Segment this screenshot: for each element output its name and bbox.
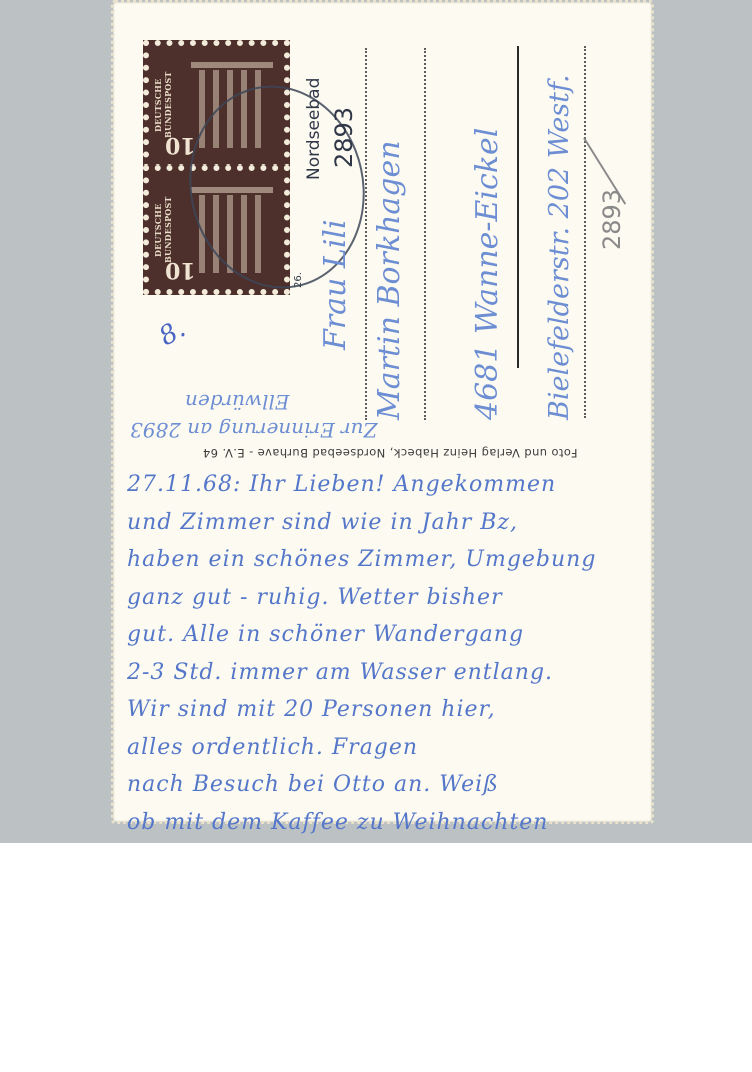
message-line: 27.11.68: Ihr Lieben! Angekommen <box>127 466 647 504</box>
message-line: 2-3 Std. immer am Wasser entlang. <box>127 654 647 692</box>
address-recipient: Frau Lili <box>318 219 353 350</box>
publisher-credit: Foto und Verlag Heinz Habeck, Nordseebad… <box>140 446 640 460</box>
address-line-2 <box>424 48 426 420</box>
stamp-value: 10 <box>165 257 196 283</box>
postmark-place: Nordseebad <box>304 78 324 180</box>
message-line: gut. Alle in schöner Wandergang <box>127 616 647 654</box>
sender-note-line-2: Ellwürden <box>185 390 289 414</box>
postmark-date: 26. <box>293 272 304 288</box>
message-line: ganz gut - ruhig. Wetter bisher <box>127 579 647 617</box>
message-line: alles ordentlich. Fragen <box>127 729 647 767</box>
address-line-1 <box>365 48 367 420</box>
message-line: und Zimmer sind wie in Jahr Bz, <box>127 504 647 542</box>
message-line: ob mit dem Kaffee zu Weihnachten <box>127 804 647 842</box>
address-city: 4681 Wanne-Eickel <box>470 128 505 420</box>
address-line-3 <box>584 46 586 418</box>
address-underline <box>517 46 519 368</box>
handwritten-message: 27.11.68: Ihr Lieben! Angekommen und Zim… <box>127 466 647 841</box>
message-line: Wir sind mit 20 Personen hier, <box>127 691 647 729</box>
address-name: Martin Borkhagen <box>372 140 407 420</box>
sender-note-line-1: Zur Erinnerung an 2893 <box>130 418 377 442</box>
message-line: haben ein schönes Zimmer, Umgebung <box>127 541 647 579</box>
address-street: Bielefelderstr. 202 Westf. <box>544 74 575 420</box>
message-line: nach Besuch bei Otto an. Weiß <box>127 766 647 804</box>
postmark-postcode: 2893 <box>330 107 358 168</box>
